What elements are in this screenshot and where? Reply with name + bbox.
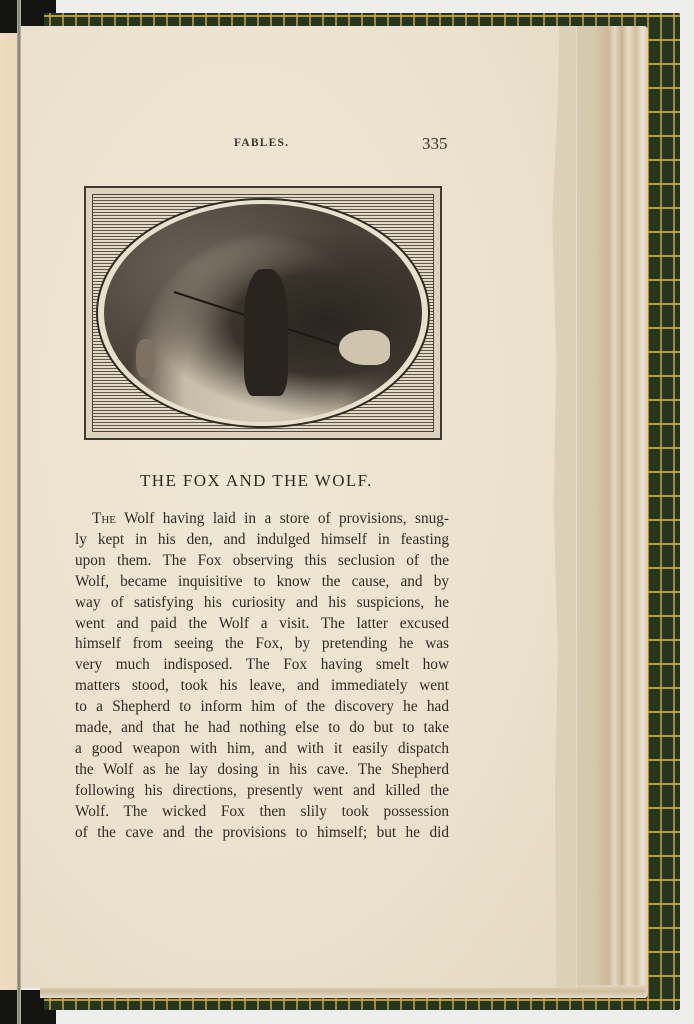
text-line: to a Shepherd to inform him of the disco… bbox=[75, 697, 449, 718]
text-line: the Wolf as he lay dosing in his cave. T… bbox=[75, 760, 449, 781]
page-number: 335 bbox=[422, 134, 448, 154]
story-body: The Wolf having laid in a store of provi… bbox=[75, 509, 449, 844]
text-line: Wolf. The wicked Fox then slily took pos… bbox=[75, 802, 449, 823]
running-head: FABLES. bbox=[234, 137, 289, 149]
fox-figure bbox=[136, 339, 155, 378]
text-line: upon them. The Fox observing this seclus… bbox=[75, 551, 449, 572]
illustration-plate bbox=[84, 186, 442, 440]
text-line: went and paid the Wolf a visit. The latt… bbox=[75, 614, 449, 635]
story-title: THE FOX AND THE WOLF. bbox=[140, 471, 373, 491]
text-line: Wolf, became inquisitive to know the cau… bbox=[75, 572, 449, 593]
text-line: very much indisposed. The Fox having sme… bbox=[75, 655, 449, 676]
wolf-figure bbox=[339, 330, 390, 365]
book-page bbox=[21, 26, 577, 988]
shepherd-figure bbox=[244, 269, 289, 395]
text-line: made, and that he had nothing else to do… bbox=[75, 718, 449, 739]
text-line: following his directions, presently went… bbox=[75, 781, 449, 802]
drop-word: The bbox=[92, 510, 116, 527]
text-line: ly kept in his den, and indulged himself… bbox=[75, 530, 449, 551]
text-line: The Wolf having laid in a store of provi… bbox=[75, 509, 449, 530]
text-line: way of satisfying his curiosity and his … bbox=[75, 593, 449, 614]
text-line: matters stood, took his leave, and immed… bbox=[75, 676, 449, 697]
text-line: himself from seeing the Fox, by pretendi… bbox=[75, 634, 449, 655]
text-line: a good weapon with him, and with it easi… bbox=[75, 739, 449, 760]
engraving-image bbox=[104, 204, 422, 422]
text-line: of the cave and the provisions to himsel… bbox=[75, 823, 449, 844]
